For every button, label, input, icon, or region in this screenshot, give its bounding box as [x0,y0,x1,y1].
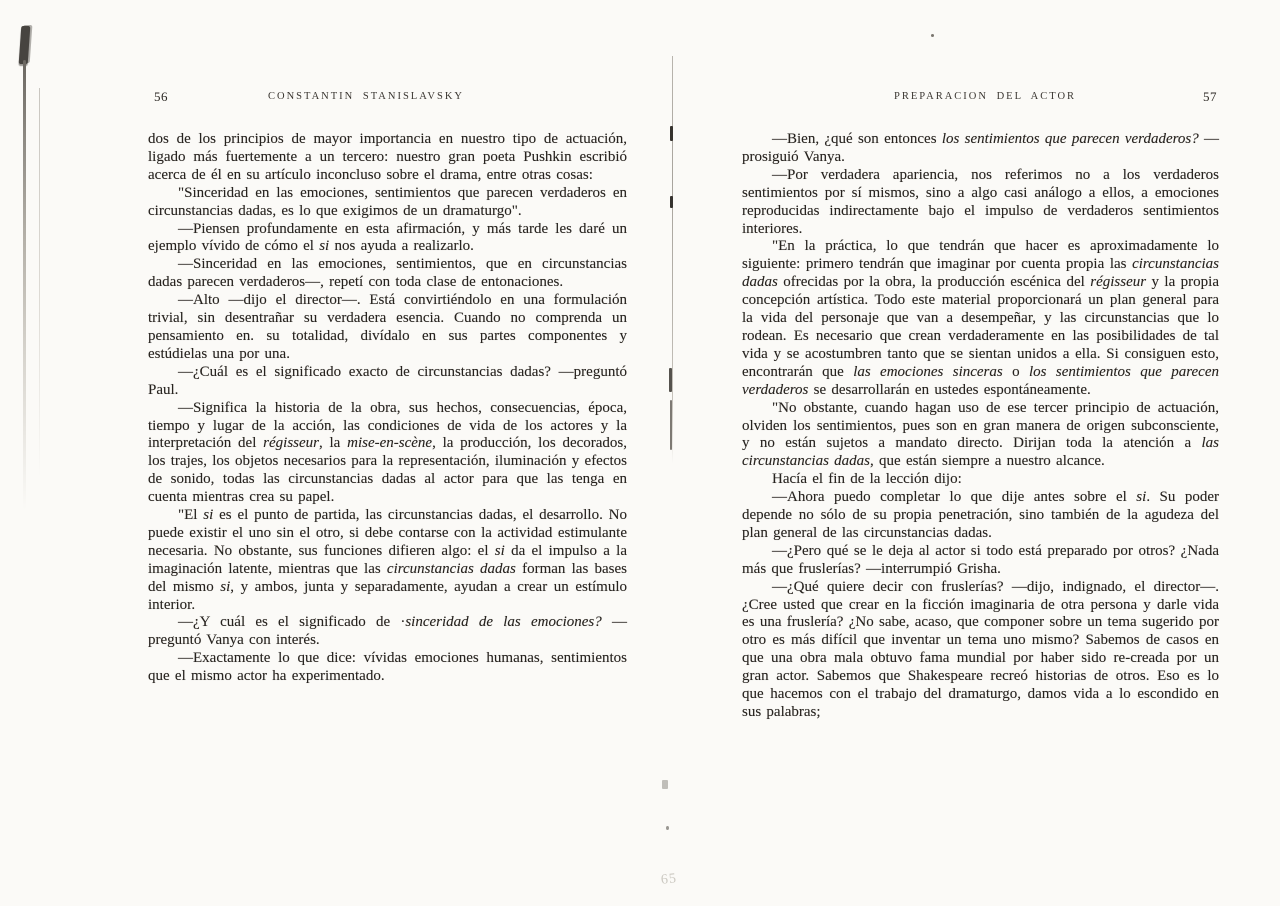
text-run: se desarrollarán en ustedes espontáneame… [808,382,1090,398]
binding-shadow-line [23,60,26,510]
italic-text-run: si [495,543,505,559]
page-number: 56 [154,89,168,105]
text-run: , que están siempre a nuestro alcance. [870,453,1105,469]
running-head-row: PREPARACION DEL ACTOR 57 [742,88,1219,104]
paragraph: —Alto —dijo el director—. Está convirtié… [148,292,627,364]
paragraph: "En la práctica, lo que tendrán que hace… [742,238,1219,399]
text-run: dos de los principios de mayor importanc… [148,131,627,183]
text-run: —¿Pero qué se le deja al actor si todo e… [742,543,1219,577]
gutter-ink-dash [670,400,672,450]
italic-text-run: si [203,507,213,523]
gutter-ink-dash [670,196,673,208]
paragraph: "El si es el punto de partida, las circu… [148,507,627,614]
paragraph: —Piensen profundamente en esta afirmació… [148,221,627,257]
text-run: —¿Qué quiere decir con fruslerías? —dijo… [742,579,1219,720]
text-run: "No obstante, cuando hagan uso de ese te… [742,400,1219,452]
paragraph: —¿Qué quiere decir con fruslerías? —dijo… [742,579,1219,722]
italic-text-run: régisseur [1090,274,1146,290]
italic-text-run: las emociones sinceras [853,364,1003,380]
italic-text-run: circunstancias dadas [387,561,516,577]
italic-text-run: si [319,238,329,254]
faint-page-number-artifact: 65 [660,871,678,889]
page-gutter-line [672,56,673,464]
paper-speck [931,34,934,37]
text-run: —¿Cuál es el significado exacto de circu… [148,364,627,398]
page-body-text: —Bien, ¿qué son entonces los sentimiento… [742,131,1219,722]
text-run: —Alto —dijo el director—. Está convirtié… [148,292,627,362]
paragraph: —Por verdadera apariencia, nos referimos… [742,167,1219,239]
running-header-title: PREPARACION DEL ACTOR [894,91,1076,102]
running-header-title: CONSTANTIN STANISLAVSKY [268,91,464,102]
paragraph: —Sinceridad en las emociones, sentimient… [148,256,627,292]
paragraph: —¿Y cuál es el significado de ·sincerida… [148,614,627,650]
text-run: , la [319,435,347,451]
text-run: "Sinceridad en las emociones, sentimient… [148,185,627,219]
paragraph: "Sinceridad en las emociones, sentimient… [148,185,627,221]
paragraph: Hacía el fin de la lección dijo: [742,471,1219,489]
italic-text-run: los sentimientos que parecen verdaderos? [942,131,1199,147]
text-run: o [1003,364,1029,380]
book-scan: 65 56 CONSTANTIN STANISLAVSKY dos de los… [0,0,1280,906]
text-run: —Ahora puedo completar lo que dije antes… [772,489,1136,505]
italic-text-run: si [1136,489,1146,505]
italic-text-run: si [220,579,230,595]
paragraph: —Significa la historia de la obra, sus h… [148,400,627,507]
gutter-ink-dash [669,368,672,392]
gutter-speck [666,826,669,830]
paragraph: —¿Pero qué se le deja al actor si todo e… [742,543,1219,579]
italic-text-run: mise-en-scène [347,435,432,451]
text-run: —Bien, ¿qué son entonces [772,131,942,147]
gutter-speck [662,780,668,789]
italic-text-run: régisseur [263,435,319,451]
italic-text-run: sinceridad de las emociones? [405,614,601,630]
gutter-ink-dash [670,126,673,141]
text-run: "El [178,507,203,523]
text-run: —Sinceridad en las emociones, sentimient… [148,256,627,290]
paragraph: —Ahora puedo completar lo que dije antes… [742,489,1219,543]
text-run: —¿Y cuál es el significado de · [178,614,405,630]
page-body-text: dos de los principios de mayor importanc… [148,131,627,686]
paragraph: dos de los principios de mayor importanc… [148,131,627,185]
paragraph: —Bien, ¿qué son entonces los sentimiento… [742,131,1219,167]
text-run: ofrecidas por la obra, la producción esc… [778,274,1090,290]
paragraph: —Exactamente lo que dice: vívidas emocio… [148,650,627,686]
paragraph: "No obstante, cuando hagan uso de ese te… [742,400,1219,472]
text-run: nos ayuda a realizarlo. [329,238,474,254]
page-left-56: 56 CONSTANTIN STANISLAVSKY dos de los pr… [148,88,627,686]
page-right-57: PREPARACION DEL ACTOR 57 —Bien, ¿qué son… [742,88,1219,722]
running-head-row: 56 CONSTANTIN STANISLAVSKY [148,88,627,104]
paragraph: —¿Cuál es el significado exacto de circu… [148,364,627,400]
text-run: —Exactamente lo que dice: vívidas emocio… [148,650,627,684]
binding-ink-blob [19,26,31,64]
page-number: 57 [1203,89,1217,105]
binding-shadow-line-faint [39,88,40,478]
text-run: Hacía el fin de la lección dijo: [772,471,962,487]
text-run: —Por verdadera apariencia, nos referimos… [742,167,1219,237]
